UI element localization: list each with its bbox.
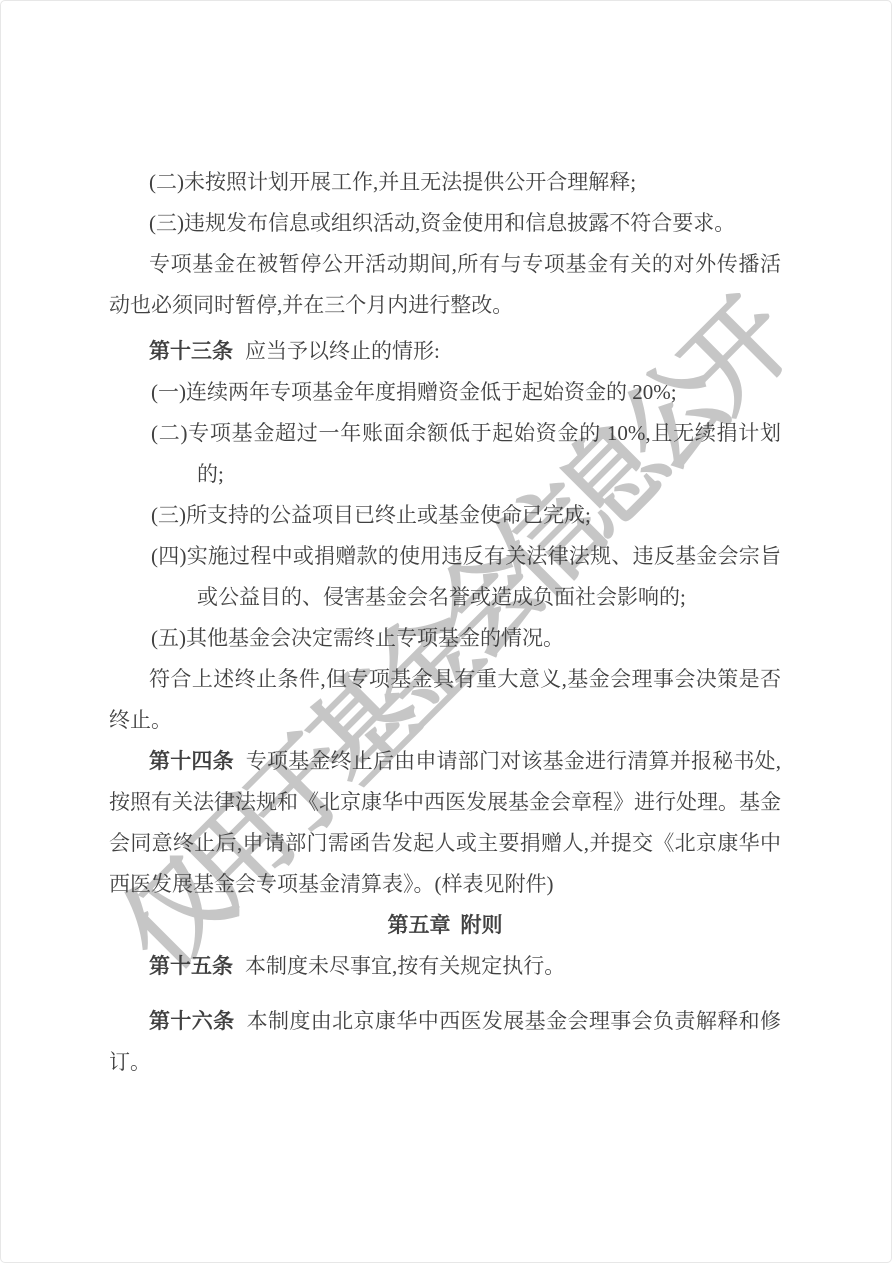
paragraph: (三)违规发布信息或组织活动,资金使用和信息披露不符合要求。 [109, 203, 781, 244]
article-number: 第五章 [388, 913, 451, 937]
chapter-heading: 第五章附则 [109, 905, 781, 946]
article-number: 第十六条 [149, 1009, 235, 1033]
article-number: 第十三条 [149, 339, 233, 363]
paragraph: 专项基金在被暂停公开活动期间,所有与专项基金有关的对外传播活动也必须同时暂停,并… [109, 244, 781, 326]
document-body: (二)未按照计划开展工作,并且无法提供公开合理解释;(三)违规发布信息或组织活动… [109, 162, 781, 1083]
article-paragraph: 第十四条专项基金终止后由申请部门对该基金进行清算并报秘书处,按照有关法律法规和《… [109, 741, 781, 905]
paragraph: (一)连续两年专项基金年度捐赠资金低于起始资金的 20%; [109, 372, 781, 413]
paragraph: (五)其他基金会决定需终止专项基金的情况。 [109, 618, 781, 659]
article-number: 第十五条 [149, 954, 233, 978]
document-page: 仅用于基金会信息公开 (二)未按照计划开展工作,并且无法提供公开合理解释;(三)… [0, 0, 892, 1263]
article-paragraph: 第十五条本制度未尽事宜,按有关规定执行。 [109, 946, 781, 987]
paragraph: (二)专项基金超过一年账面余额低于起始资金的 10%,且无续捐计划的; [109, 413, 781, 495]
article-paragraph: 第十三条应当予以终止的情形: [109, 331, 781, 372]
article-number: 第十四条 [149, 749, 234, 773]
paragraph: (四)实施过程中或捐赠款的使用违反有关法律法规、违反基金会宗旨或公益目的、侵害基… [109, 536, 781, 618]
paragraph: 符合上述终止条件,但专项基金具有重大意义,基金会理事会决策是否终止。 [109, 659, 781, 741]
paragraph: (二)未按照计划开展工作,并且无法提供公开合理解释; [109, 162, 781, 203]
article-paragraph: 第十六条本制度由北京康华中西医发展基金会理事会负责解释和修订。 [109, 1001, 781, 1083]
paragraph: (三)所支持的公益项目已终止或基金使命已完成; [109, 495, 781, 536]
